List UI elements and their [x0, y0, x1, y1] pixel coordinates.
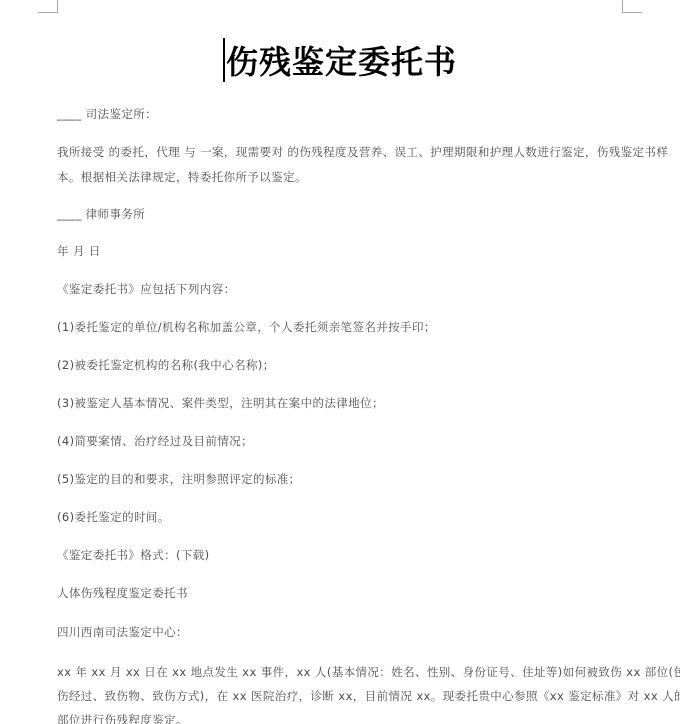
- paragraph-case-template[interactable]: xx 年 xx 月 xx 日在 xx 地点发生 xx 事件，xx 人(基本情况：…: [57, 660, 680, 724]
- text-cursor-caret: [223, 38, 225, 82]
- paragraph-item-5[interactable]: (5)鉴定的目的和要求，注明参照评定的标准；: [57, 471, 301, 487]
- paragraph-contents-heading[interactable]: 《鉴定委托书》应包括下列内容：: [57, 281, 236, 297]
- margin-crop-mark-top-right: [622, 0, 642, 13]
- paragraph-item-2[interactable]: (2)被委托鉴定机构的名称(我中心名称)；: [57, 357, 275, 373]
- paragraph-line[interactable]: 四川西南司法鉴定中心：: [57, 624, 188, 640]
- paragraph-line[interactable]: (3)被鉴定人基本情况、案件类型，注明其在案中的法律地位；: [57, 395, 384, 411]
- title-block[interactable]: 伤残鉴定委托书: [0, 37, 680, 83]
- paragraph-line[interactable]: 人体伤残程度鉴定委托书: [57, 585, 188, 601]
- paragraph-line[interactable]: (6)委托鉴定的时间。: [57, 509, 170, 525]
- paragraph-format-download[interactable]: 《鉴定委托书》格式：(下载): [57, 547, 210, 563]
- paragraph-line[interactable]: (4)简要案情、治疗经过及目前情况；: [57, 433, 253, 449]
- paragraph-line[interactable]: (5)鉴定的目的和要求，注明参照评定的标准；: [57, 471, 301, 487]
- paragraph-item-4[interactable]: (4)简要案情、治疗经过及目前情况；: [57, 433, 253, 449]
- paragraph-line[interactable]: (2)被委托鉴定机构的名称(我中心名称)；: [57, 357, 275, 373]
- paragraph-line[interactable]: (1)委托鉴定的单位/机构名称加盖公章，个人委托须亲笔签名并按手印；: [57, 319, 436, 335]
- paragraph-salutation[interactable]: ____ 司法鉴定所：: [57, 106, 157, 122]
- paragraph-line[interactable]: 本。根据相关法律规定，特委托你所予以鉴定。: [57, 165, 668, 190]
- margin-crop-mark-top-left: [38, 0, 58, 13]
- paragraph-center-salutation[interactable]: 四川西南司法鉴定中心：: [57, 624, 188, 640]
- document-page[interactable]: 伤残鉴定委托书 ____ 司法鉴定所： 我所接受 的委托，代理 与 一案，现需要…: [0, 0, 680, 724]
- document-title[interactable]: 伤残鉴定委托书: [226, 37, 457, 83]
- paragraph-line[interactable]: ____ 律师事务所: [57, 206, 145, 222]
- paragraph-law-firm[interactable]: ____ 律师事务所: [57, 206, 145, 222]
- paragraph-line[interactable]: 伤经过、致伤物、致伤方式)，在 xx 医院治疗，诊断 xx，目前情况 xx。现委…: [57, 684, 680, 708]
- paragraph-commission-intro[interactable]: 我所接受 的委托，代理 与 一案，现需要对 的伤残程度及营养、误工、护理期限和护…: [57, 140, 668, 190]
- paragraph-line[interactable]: 《鉴定委托书》应包括下列内容：: [57, 281, 236, 297]
- paragraph-line[interactable]: 年 月 日: [57, 243, 101, 259]
- paragraph-line[interactable]: 我所接受 的委托，代理 与 一案，现需要对 的伤残程度及营养、误工、护理期限和护…: [57, 140, 668, 165]
- paragraph-line[interactable]: 《鉴定委托书》格式：(下载): [57, 547, 210, 563]
- paragraph-subtitle[interactable]: 人体伤残程度鉴定委托书: [57, 585, 188, 601]
- paragraph-item-3[interactable]: (3)被鉴定人基本情况、案件类型，注明其在案中的法律地位；: [57, 395, 384, 411]
- paragraph-line[interactable]: xx 年 xx 月 xx 日在 xx 地点发生 xx 事件，xx 人(基本情况：…: [57, 660, 680, 684]
- paragraph-item-6[interactable]: (6)委托鉴定的时间。: [57, 509, 170, 525]
- paragraph-line[interactable]: ____ 司法鉴定所：: [57, 106, 157, 122]
- paragraph-date[interactable]: 年 月 日: [57, 243, 101, 259]
- paragraph-line[interactable]: 部位进行伤残程度鉴定。: [57, 708, 680, 724]
- paragraph-item-1[interactable]: (1)委托鉴定的单位/机构名称加盖公章，个人委托须亲笔签名并按手印；: [57, 319, 436, 335]
